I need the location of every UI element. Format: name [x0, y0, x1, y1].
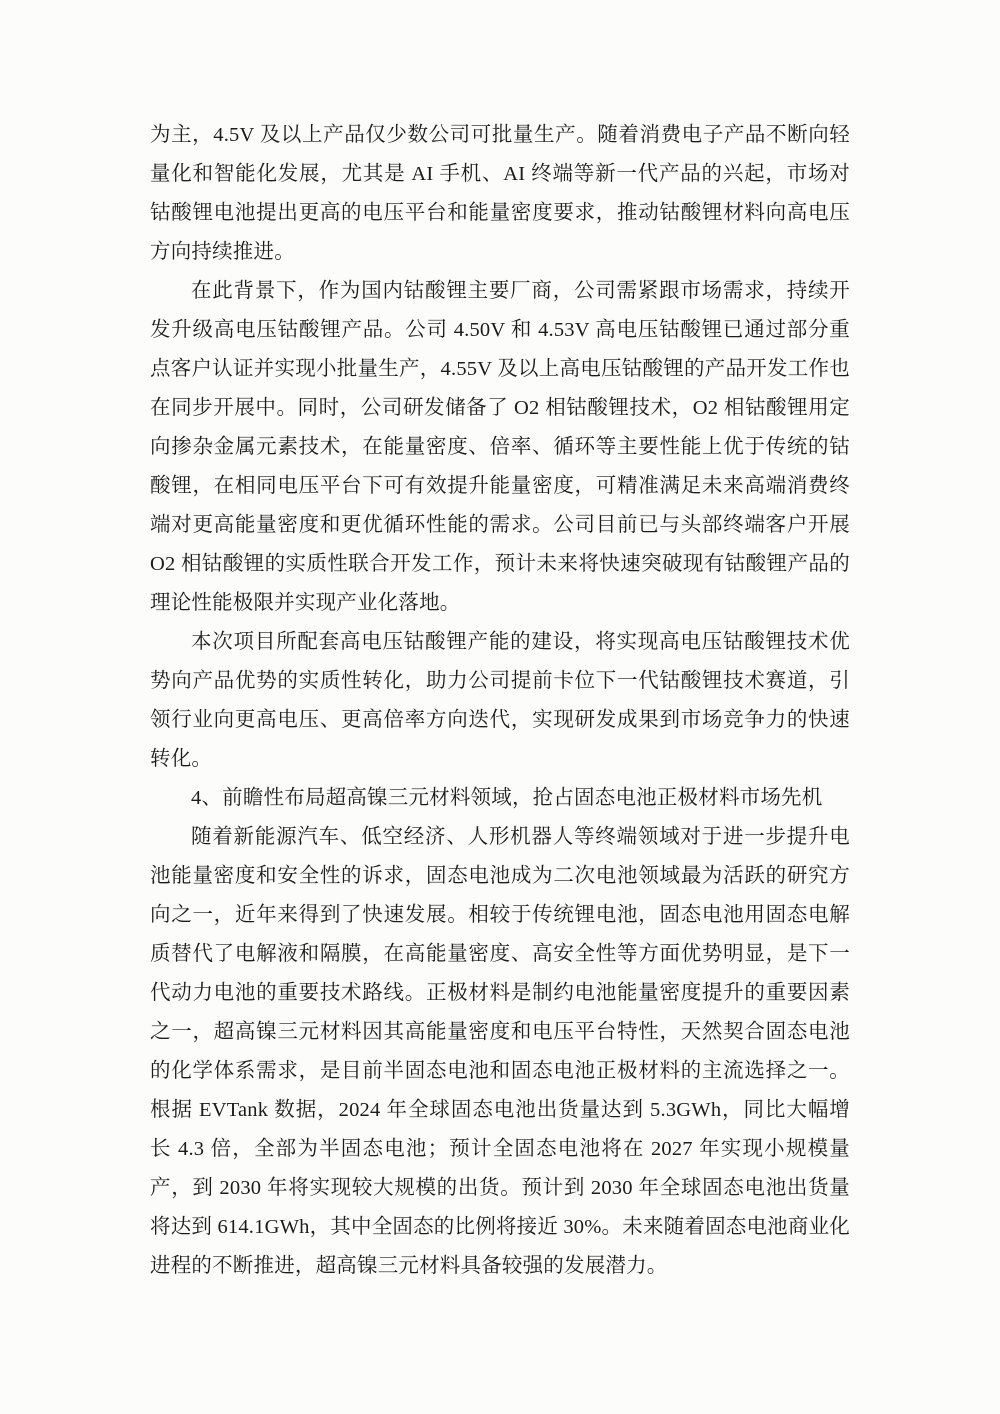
- document-body: 为主，4.5V 及以上产品仅少数公司可批量生产。随着消费电子产品不断向轻量化和智…: [150, 116, 850, 1286]
- paragraph-cobalt-oxide-market-trend: 为主，4.5V 及以上产品仅少数公司可批量生产。随着消费电子产品不断向轻量化和智…: [150, 116, 850, 272]
- section-heading-ultra-high-nickel: 4、前瞻性布局超高镍三元材料领域，抢占固态电池正极材料市场先机: [150, 779, 850, 818]
- paragraph-project-capacity-conversion: 本次项目所配套高电压钴酸锂产能的建设，将实现高电压钴酸锂技术优势向产品优势的实质…: [150, 623, 850, 779]
- paragraph-high-voltage-lco-development: 在此背景下，作为国内钴酸锂主要厂商，公司需紧跟市场需求，持续开发升级高电压钴酸锂…: [150, 272, 850, 623]
- document-page: 为主，4.5V 及以上产品仅少数公司可批量生产。随着消费电子产品不断向轻量化和智…: [0, 0, 1000, 1414]
- paragraph-solid-state-battery-outlook: 随着新能源汽车、低空经济、人形机器人等终端领域对于进一步提升电池能量密度和安全性…: [150, 818, 850, 1286]
